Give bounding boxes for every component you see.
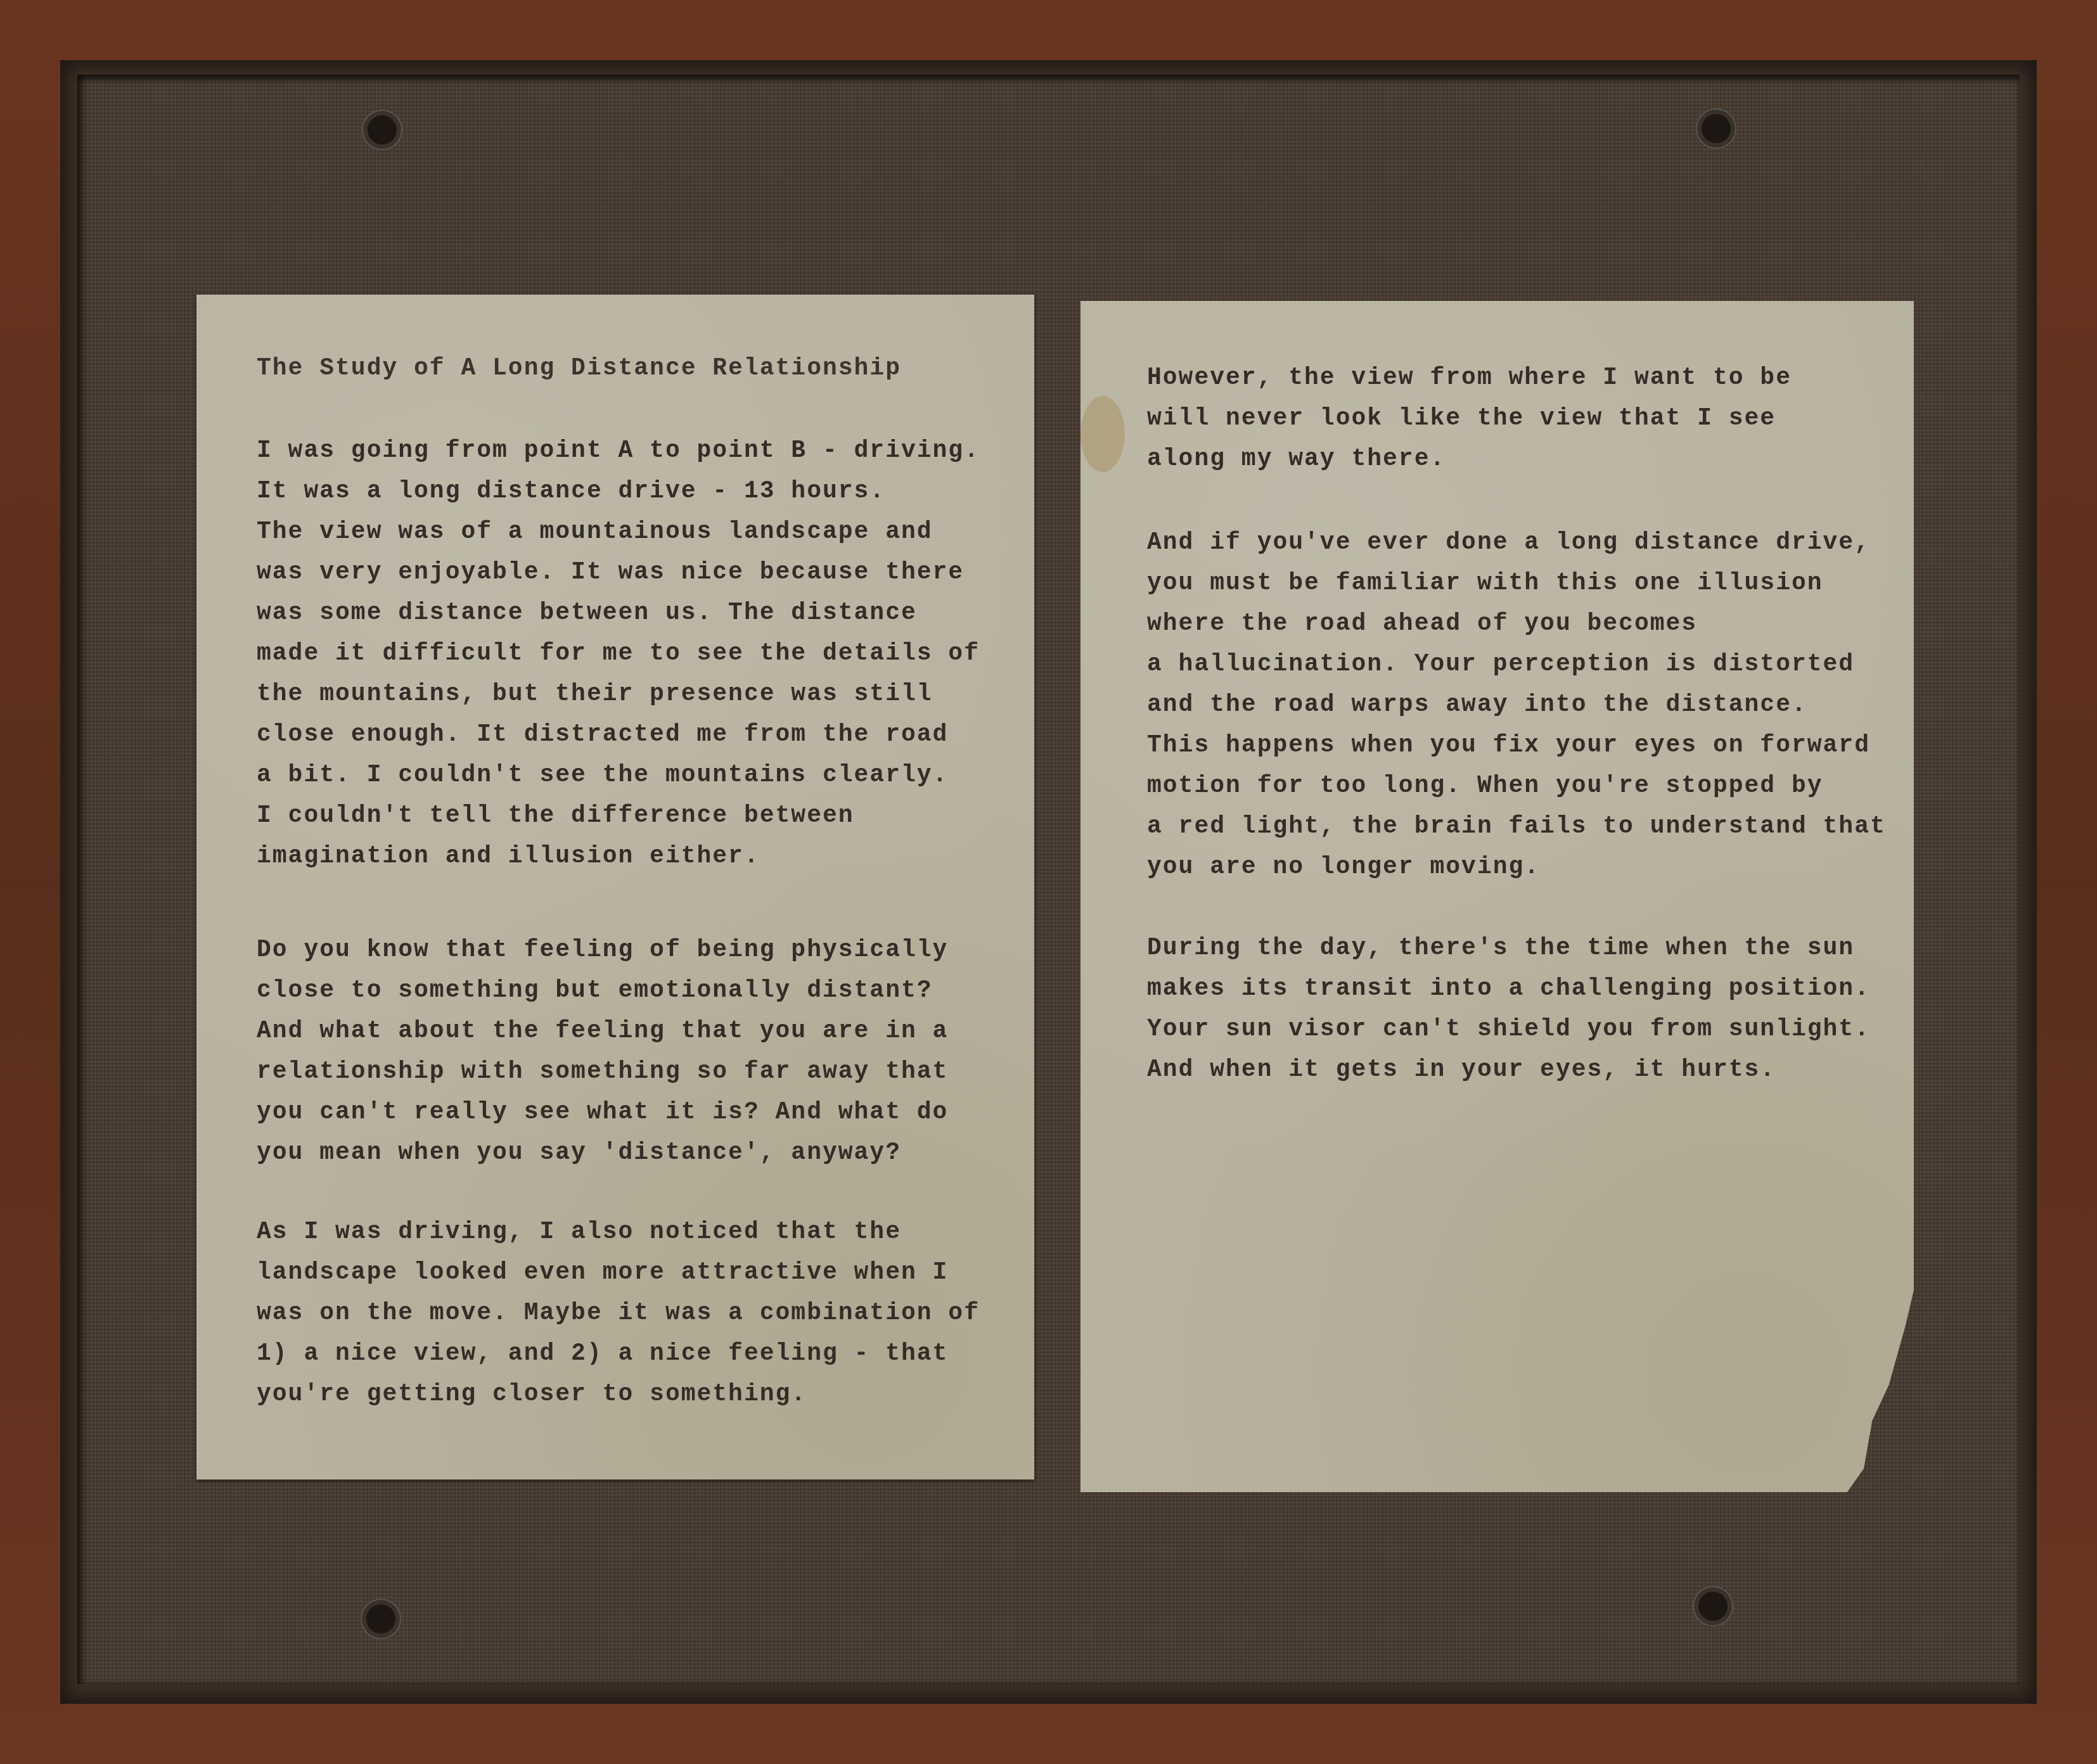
screw-hole-icon	[366, 1604, 395, 1633]
paragraph-3: During the day, there's the time when th…	[1147, 928, 1870, 1090]
paragraph-2: And if you've ever done a long distance …	[1147, 523, 1886, 888]
paragraph-2: Do you know that feeling of being physic…	[257, 930, 948, 1173]
screw-hole-icon	[1698, 1592, 1728, 1621]
paragraph-1: However, the view from where I want to b…	[1147, 358, 1792, 480]
page-title: The Study of A Long Distance Relationshi…	[257, 355, 901, 382]
typewritten-page-left: The Study of A Long Distance Relationshi…	[196, 295, 1034, 1480]
screw-hole-icon	[368, 115, 397, 144]
paper-stain	[1081, 396, 1125, 472]
typewritten-page-right: However, the view from where I want to b…	[1081, 301, 1914, 1492]
paragraph-1: I was going from point A to point B - dr…	[257, 431, 980, 877]
paragraph-3: As I was driving, I also noticed that th…	[257, 1212, 980, 1415]
screw-hole-icon	[1702, 114, 1731, 143]
